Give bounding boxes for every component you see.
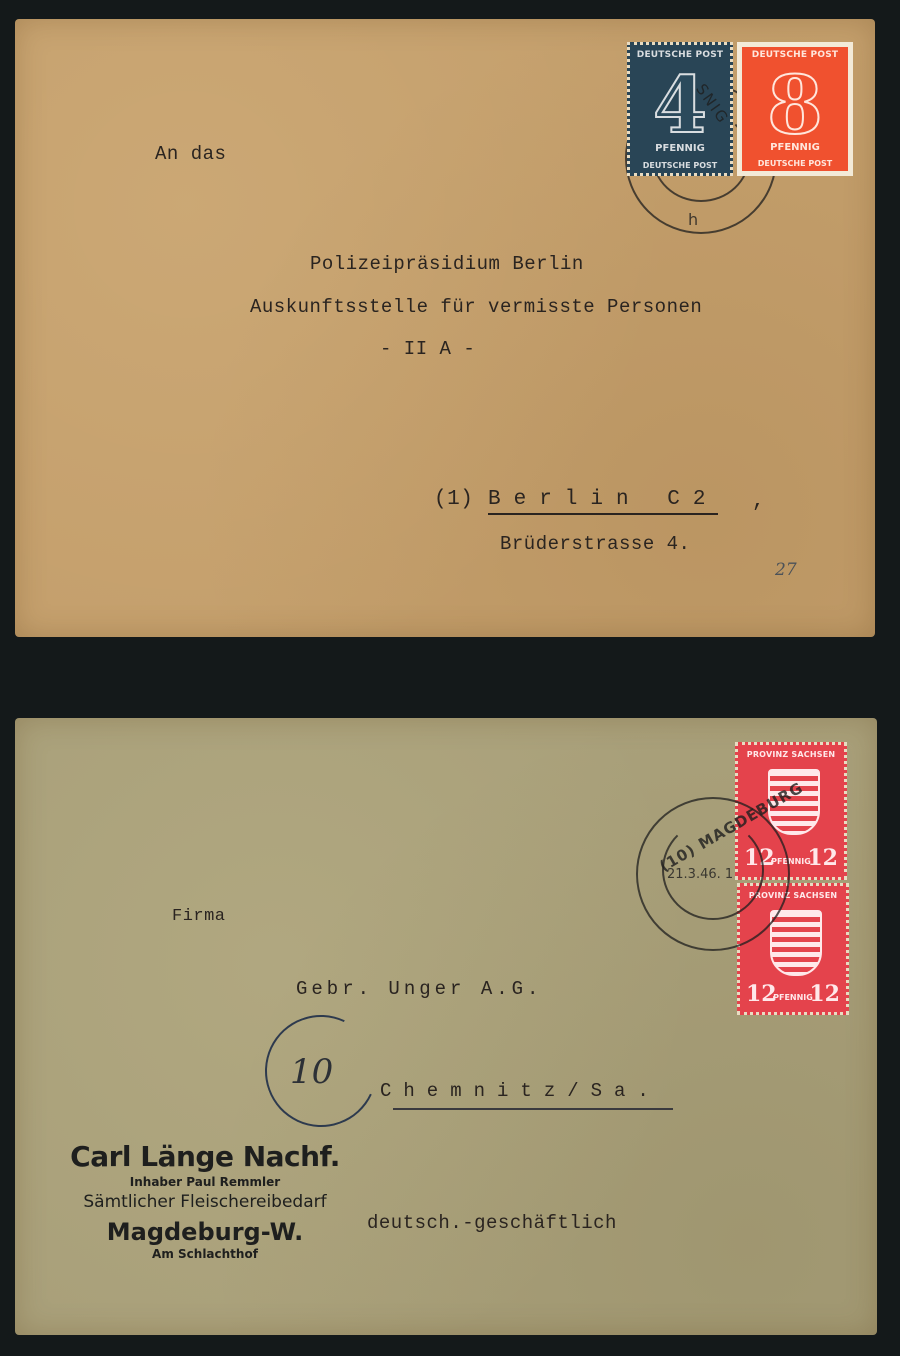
recipient-name: Gebr. Unger A.G. xyxy=(296,978,542,1000)
sender-city: Magdeburg-W. xyxy=(55,1218,355,1246)
sender-owner: Inhaber Paul Remmler xyxy=(55,1175,355,1189)
stamp-unit: PFENNIG xyxy=(740,993,846,1002)
saxony-coat-of-arms-icon xyxy=(770,910,822,976)
city-underline xyxy=(393,1108,673,1110)
circled-number: 10 xyxy=(290,1052,333,1092)
pencil-note: 27 xyxy=(775,560,797,580)
stamp-header: PROVINZ SACHSEN xyxy=(738,745,844,759)
postmark-1-letter: h xyxy=(688,210,698,229)
salutation-1: An das xyxy=(155,143,226,165)
salutation-2: Firma xyxy=(172,907,226,926)
destination-city: Berlin C2 xyxy=(488,488,718,515)
recipient-line-1: Polizeipräsidium Berlin xyxy=(310,253,584,275)
stamp-footer: DEUTSCHE POST xyxy=(742,159,848,168)
destination-city-2: Chemnitz/Sa. xyxy=(380,1080,661,1102)
postal-district: (1) xyxy=(434,488,473,511)
street-address: Brüderstrasse 4. xyxy=(500,533,690,555)
stamp-8-pfennig: DEUTSCHE POST 8 PFENNIG DEUTSCHE POST xyxy=(737,42,853,176)
sender-business: Sämtlicher Fleischereibedarf xyxy=(55,1192,355,1212)
postal-note: deutsch.-geschäftlich xyxy=(367,1212,617,1234)
stamp-unit: PFENNIG xyxy=(630,143,730,154)
recipient-line-2: Auskunftsstelle für vermisste Personen xyxy=(250,296,702,318)
stamp-header: DEUTSCHE POST xyxy=(630,45,730,60)
sender-address: Am Schlachthof xyxy=(55,1247,355,1261)
stamp-unit: PFENNIG xyxy=(742,142,848,153)
sender-company: Carl Länge Nachf. xyxy=(55,1140,355,1173)
stamp-footer: DEUTSCHE POST xyxy=(630,161,730,170)
recipient-line-3: - II A - xyxy=(380,338,475,360)
postmark-2-date: 21.3.46. 1 xyxy=(667,867,733,882)
sender-letterhead: Carl Länge Nachf. Inhaber Paul Remmler S… xyxy=(55,1140,355,1261)
stamp-value: 8 xyxy=(742,65,848,145)
city-comma: , xyxy=(752,490,765,513)
